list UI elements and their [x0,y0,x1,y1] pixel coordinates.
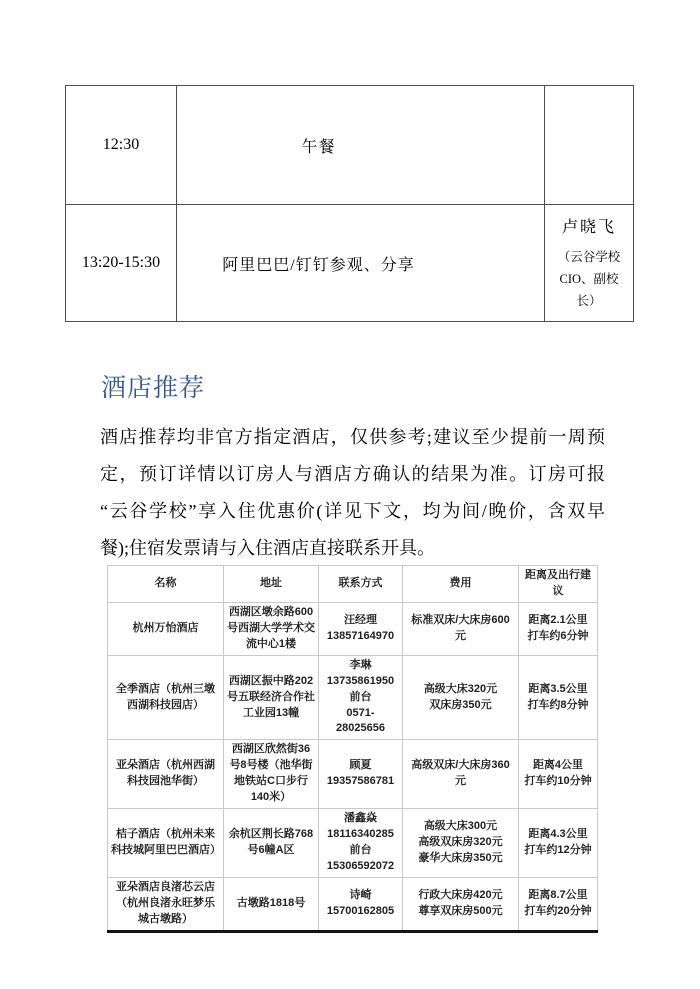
schedule-row: 12:30 午餐 [66,86,634,205]
hotel-contact: 汪经理 13857164970 [319,602,403,655]
hotel-address: 古墩路1818号 [224,877,319,931]
intro-paragraph: 酒店推荐均非官方指定酒店，仅供参考;建议至少提前一周预 定，预订详情以订房人与酒… [100,419,605,567]
hotel-name: 桔子酒店（杭州未来科技城阿里巴巴酒店） [108,809,224,878]
hotel-price: 高级大床320元 双床房350元 [403,655,519,740]
hotel-distance: 距离3.5公里 打车约8分钟 [519,655,598,740]
hotel-price: 标准双床/大床房600元 [403,602,519,655]
hotel-row: 杭州万怡酒店 西湖区墩余路600号西湖大学学术交流中心1楼 汪经理 138571… [108,602,598,655]
schedule-table: 12:30 午餐 13:20-15:30 阿里巴巴/钉钉参观、分享 卢晓飞 （云… [65,85,634,322]
hotel-col-header-address: 地址 [224,566,319,603]
hotel-price: 高级大床300元 高级双床房320元 豪华大床房350元 [403,809,519,878]
hotel-header-row: 名称 地址 联系方式 费用 距离及出行建议 [108,566,598,603]
hotel-name: 亚朵酒店（杭州西湖科技园池华街） [108,740,224,809]
hotel-address: 西湖区墩余路600号西湖大学学术交流中心1楼 [224,602,319,655]
hotel-address: 西湖区振中路202号五联经济合作社工业园13幢 [224,655,319,740]
time-cell: 13:20-15:30 [66,205,177,322]
hotel-contact: 诗崎 15700162805 [319,877,403,931]
hotel-distance: 距离2.1公里 打车约6分钟 [519,602,598,655]
hotel-name: 全季酒店（杭州三墩西湖科技园店） [108,655,224,740]
hotel-name: 杭州万怡酒店 [108,602,224,655]
hotel-col-header-price: 费用 [403,566,519,603]
hotel-row: 亚朵酒店良渚芯云店（杭州良渚永旺梦乐城古墩路） 古墩路1818号 诗崎 1570… [108,877,598,931]
activity-cell: 午餐 [177,86,545,205]
hotel-contact: 顾夏 19357586781 [319,740,403,809]
speaker-title: （云谷学校CIO、副校长） [546,246,632,312]
hotel-col-header-name: 名称 [108,566,224,603]
speaker-cell: 卢晓飞 （云谷学校CIO、副校长） [545,205,634,322]
hotel-name: 亚朵酒店良渚芯云店（杭州良渚永旺梦乐城古墩路） [108,877,224,931]
paragraph-line: 定，预订详情以订房人与酒店方确认的结果为准。订房可报 [100,456,605,493]
hotel-contact: 潘鑫焱 18116340285 前台 15306592072 [319,809,403,878]
hotel-col-header-contact: 联系方式 [319,566,403,603]
paragraph-line: 酒店推荐均非官方指定酒店，仅供参考;建议至少提前一周预 [100,419,605,456]
hotel-address: 余杭区荆长路768号6幢A区 [224,809,319,878]
hotel-contact: 李琳 13735861950 前台 0571-28025656 [319,655,403,740]
activity-cell: 阿里巴巴/钉钉参观、分享 [177,205,545,322]
hotel-address: 西湖区欣然街36号8号楼（池华街地铁站C口步行140米） [224,740,319,809]
hotel-row: 亚朵酒店（杭州西湖科技园池华街） 西湖区欣然街36号8号楼（池华街地铁站C口步行… [108,740,598,809]
hotel-distance: 距离8.7公里 打车约20分钟 [519,877,598,931]
document-page: 12:30 午餐 13:20-15:30 阿里巴巴/钉钉参观、分享 卢晓飞 （云… [0,0,700,989]
hotel-col-header-distance: 距离及出行建议 [519,566,598,603]
paragraph-line: “云谷学校”享入住优惠价(详见下文，均为间/晚价，含双早 [100,493,605,530]
speaker-name: 卢晓飞 [546,214,632,237]
hotel-row: 全季酒店（杭州三墩西湖科技园店） 西湖区振中路202号五联经济合作社工业园13幢… [108,655,598,740]
hotel-distance: 距离4公里 打车约10分钟 [519,740,598,809]
speaker-cell [545,86,634,205]
schedule-row: 13:20-15:30 阿里巴巴/钉钉参观、分享 卢晓飞 （云谷学校CIO、副校… [66,205,634,322]
section-heading: 酒店推荐 [101,372,205,406]
hotel-row: 桔子酒店（杭州未来科技城阿里巴巴酒店） 余杭区荆长路768号6幢A区 潘鑫焱 1… [108,809,598,878]
hotel-price: 行政大床房420元 尊享双床房500元 [403,877,519,931]
hotel-price: 高级双床/大床房360元 [403,740,519,809]
hotel-distance: 距离4.3公里 打车约12分钟 [519,809,598,878]
hotel-table: 名称 地址 联系方式 费用 距离及出行建议 杭州万怡酒店 西湖区墩余路600号西… [107,565,598,933]
time-cell: 12:30 [66,86,177,205]
paragraph-line: 餐);住宿发票请与入住酒店直接联系开具。 [100,530,605,567]
